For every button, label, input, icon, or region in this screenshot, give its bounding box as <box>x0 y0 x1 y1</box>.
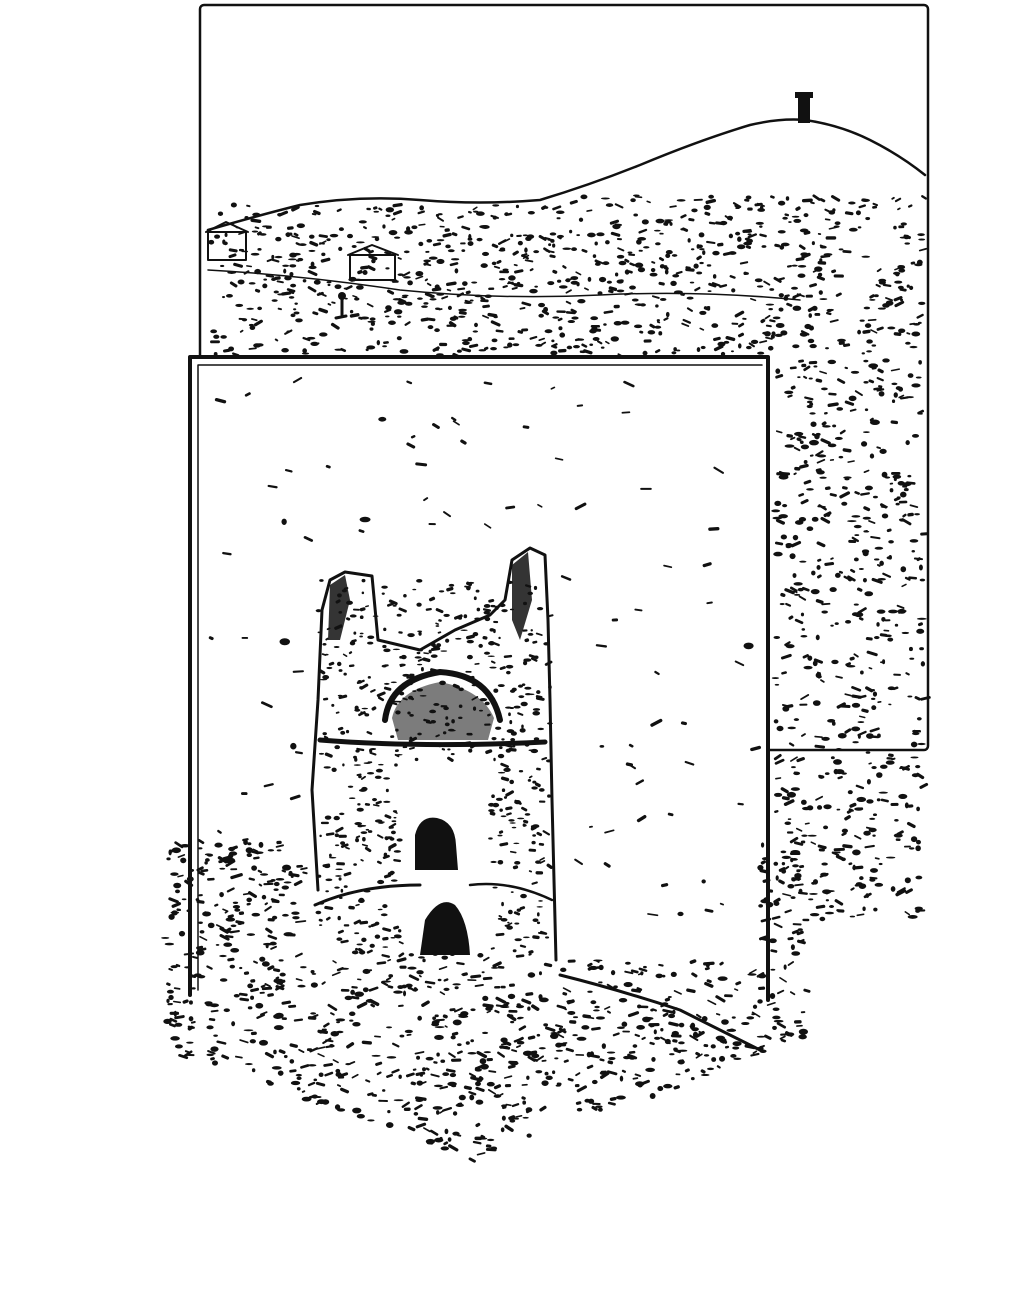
ruin-panel <box>188 355 770 1050</box>
vintage-illustration <box>0 0 1036 1298</box>
ruin-panel-mask <box>188 355 770 995</box>
figure-in-field <box>336 292 346 318</box>
landscape-foliage <box>208 194 926 357</box>
hillside-right-foliage <box>771 358 929 921</box>
summit-tower-icon <box>795 92 813 123</box>
